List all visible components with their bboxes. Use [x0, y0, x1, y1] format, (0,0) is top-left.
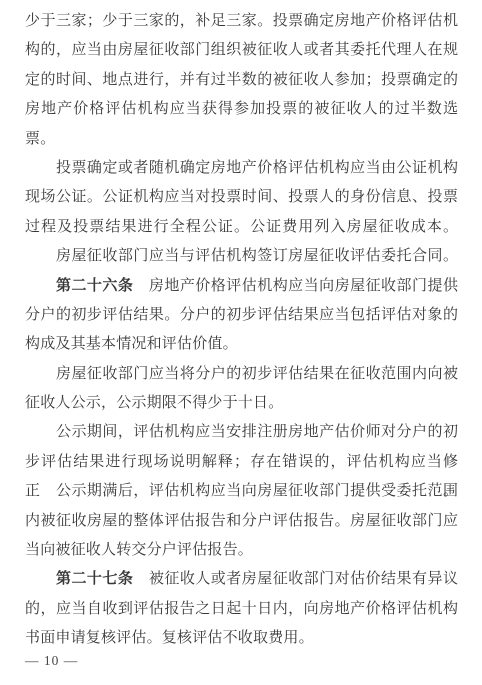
text-line: 房屋征收部门应当将分户的初步评估结果在征收范围内向被	[25, 360, 458, 389]
text-segment: 房屋征收部门应当将分户的初步评估结果在征收范围内向被	[25, 366, 458, 382]
text-line: 征收人公示，公示期限不得少于十日。	[25, 389, 458, 418]
text-line: 房屋征收部门应当与评估机构签订房屋征收评估委托合同。	[25, 242, 458, 271]
text-segment: 构成及其基本情况和评估价值。	[25, 336, 238, 352]
text-line: 书面申请复核评估。复核评估不收取费用。	[25, 624, 458, 653]
text-line: 房地产价格评估机构应当获得参加投票的被征收人的过半数选	[25, 95, 458, 124]
text-segment: 公示期满后，评估机构应当向房屋征收部门提供受委托范围	[25, 483, 458, 499]
text-segment: 分户的初步评估结果。分户的初步评估结果应当包括评估对象的	[25, 307, 458, 323]
text-line: 票。	[25, 125, 458, 154]
text-line: 第二十七条 被征收人或者房屋征收部门对估价结果有异议	[25, 565, 458, 594]
text-segment: 的，应当自收到评估报告之日起十日内，向房地产价格评估机构	[25, 601, 458, 617]
document-body: 少于三家；少于三家的，补足三家。投票确定房地产价格评估机构的，应当由房屋征收部门…	[25, 7, 458, 654]
text-segment: 公示期间，评估机构应当安排注册房地产估价师对分户的初	[25, 424, 458, 440]
text-segment: 票。	[25, 131, 55, 147]
text-segment: 房地产价格评估机构应当向房屋征收部门提供	[133, 278, 458, 294]
text-segment: 征收人公示，公示期限不得少于十日。	[25, 395, 283, 411]
text-line: 少于三家；少于三家的，补足三家。投票确定房地产价格评估机	[25, 7, 458, 36]
text-line: 步评估结果进行现场说明解释；存在错误的，评估机构应当修正。	[25, 448, 458, 477]
text-line: 投票确定或者随机确定房地产价格评估机构应当由公证机构	[25, 154, 458, 183]
text-line: 内被征收房屋的整体评估报告和分户评估报告。房屋征收部门应	[25, 507, 458, 536]
text-line: 现场公证。公证机构应当对投票时间、投票人的身份信息、投票	[25, 183, 458, 212]
article-number: 第二十六条	[56, 278, 133, 294]
text-line: 当向被征收人转交分户评估报告。	[25, 536, 458, 565]
text-line: 分户的初步评估结果。分户的初步评估结果应当包括评估对象的	[25, 301, 458, 330]
text-segment	[25, 278, 56, 294]
text-segment	[25, 571, 56, 587]
text-segment: 书面申请复核评估。复核评估不收取费用。	[25, 630, 314, 646]
document-page: 少于三家；少于三家的，补足三家。投票确定房地产价格评估机构的，应当由房屋征收部门…	[0, 0, 482, 685]
article-number: 第二十七条	[56, 571, 133, 587]
text-line: 第二十六条 房地产价格评估机构应当向房屋征收部门提供	[25, 272, 458, 301]
text-line: 公示期满后，评估机构应当向房屋征收部门提供受委托范围	[25, 477, 458, 506]
text-line: 公示期间，评估机构应当安排注册房地产估价师对分户的初	[25, 418, 458, 447]
text-line: 构成及其基本情况和评估价值。	[25, 330, 458, 359]
text-line: 构的，应当由房屋征收部门组织被征收人或者其委托代理人在规	[25, 36, 458, 65]
text-segment: 当向被征收人转交分户评估报告。	[25, 542, 253, 558]
text-segment: 投票确定或者随机确定房地产价格评估机构应当由公证机构	[25, 160, 458, 176]
text-line: 定的时间、地点进行，并有过半数的被征收人参加；投票确定的	[25, 66, 458, 95]
text-segment: 被征收人或者房屋征收部门对估价结果有异议	[133, 571, 458, 587]
text-segment: 过程及投票结果进行全程公证。公证费用列入房屋征收成本。	[25, 219, 458, 235]
text-line: 过程及投票结果进行全程公证。公证费用列入房屋征收成本。	[25, 213, 458, 242]
text-segment: 少于三家；少于三家的，补足三家。投票确定房地产价格评估机	[25, 13, 458, 29]
page-number: — 10 —	[25, 653, 78, 669]
text-segment: 现场公证。公证机构应当对投票时间、投票人的身份信息、投票	[25, 189, 458, 205]
text-segment: 房屋征收部门应当与评估机构签订房屋征收评估委托合同。	[25, 248, 458, 264]
text-segment: 房地产价格评估机构应当获得参加投票的被征收人的过半数选	[25, 101, 458, 117]
text-line: 的，应当自收到评估报告之日起十日内，向房地产价格评估机构	[25, 595, 458, 624]
text-segment: 内被征收房屋的整体评估报告和分户评估报告。房屋征收部门应	[25, 513, 458, 529]
text-segment: 定的时间、地点进行，并有过半数的被征收人参加；投票确定的	[25, 72, 458, 88]
text-segment: 构的，应当由房屋征收部门组织被征收人或者其委托代理人在规	[25, 42, 458, 58]
